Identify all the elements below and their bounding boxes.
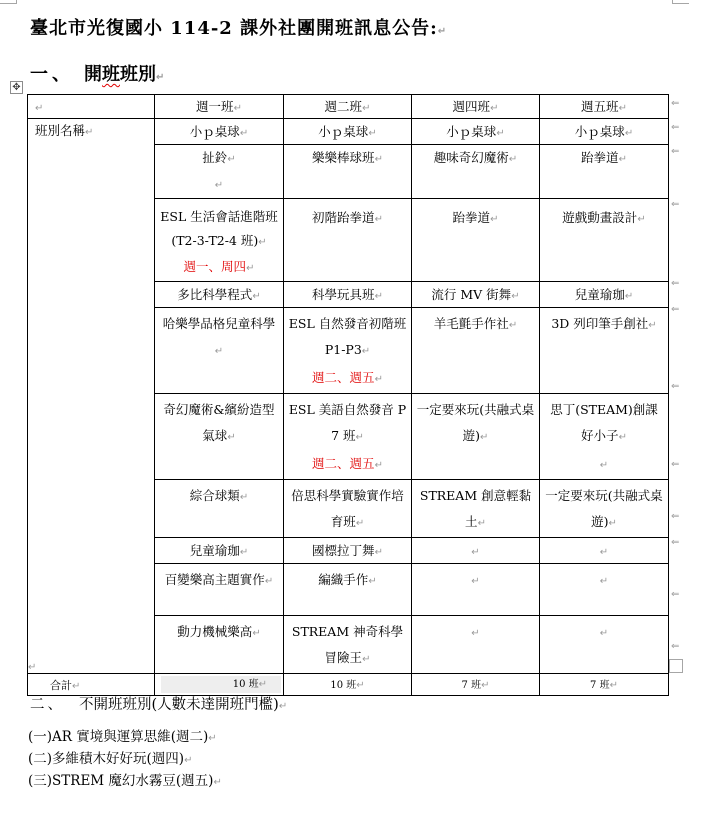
document-title: 臺北市光復國小 114-2 課外社團開班訊息公告:↵ xyxy=(30,14,447,40)
cancelled-classes-list: (一)AR 實境與運算思維(週二)↵ (二)多維積木好好玩(週四)↵ (三)ST… xyxy=(28,727,222,793)
section-number: 二、 xyxy=(30,697,65,713)
list-item: (二)多維積木好好玩(週四)↵ xyxy=(28,749,222,771)
header-cell-empty: ↵ xyxy=(28,95,155,119)
schedule-note: 週二、週五 xyxy=(312,456,375,471)
paragraph-mark-icon: ↵ xyxy=(156,72,164,83)
table-cell: 遊戲動畫設計↵ xyxy=(540,199,669,282)
table-cell: ESL 生活會話進階班(T2-3-T2-4 班)↵週一、周四↵ xyxy=(155,199,284,282)
table-cell: ↵ xyxy=(412,616,540,674)
header-cell-tuesday: 週二班↵ xyxy=(284,95,412,119)
paragraph-mark-icon: ↵ xyxy=(279,701,287,712)
list-item: (一)AR 實境與運算思維(週二)↵ xyxy=(28,727,222,749)
end-of-row-mark-icon: ⇐ xyxy=(671,459,679,470)
table-cell: 小ｐ桌球↵ xyxy=(540,119,669,145)
section-1-heading: 一、開班班別↵ xyxy=(30,60,164,86)
table-cell: 兒童瑜珈↵ xyxy=(155,538,284,564)
heading-text: 不開班班別(人數未達開班門檻) xyxy=(79,697,279,713)
paragraph-mark-icon: ↵ xyxy=(438,26,447,37)
section-2-heading: 二、不開班班別(人數未達開班門檻)↵ xyxy=(30,693,287,714)
end-of-row-mark-icon: ⇐ xyxy=(671,537,679,548)
table-cell: 流行 MV 街舞↵ xyxy=(412,282,540,308)
table-cell: 羊毛氈手作社↵ xyxy=(412,308,540,394)
table-move-handle-icon[interactable]: ✥ xyxy=(10,81,23,94)
end-of-row-mark-icon: ⇐ xyxy=(671,304,679,315)
heading-text: 開 xyxy=(84,64,102,85)
table-cell: 跆拳道↵ xyxy=(412,199,540,282)
page-corner-mark xyxy=(0,0,17,4)
table-cell: 一定要來玩(共融式桌遊)↵ xyxy=(540,480,669,538)
table-header-row: ↵ 週一班↵ 週二班↵ 週四班↵ 週五班↵ xyxy=(28,95,669,119)
table-cell: 綜合球類↵ xyxy=(155,480,284,538)
table-cell: 奇幻魔術&繽紛造型氣球↵ xyxy=(155,394,284,480)
table-cell: 國標拉丁舞↵ xyxy=(284,538,412,564)
page-corner-mark xyxy=(672,0,689,4)
table-cell: 一定要來玩(共融式桌遊)↵ xyxy=(412,394,540,480)
table-cell: 扯鈴↵↵ xyxy=(155,145,284,199)
table-cell: 多比科學程式↵ xyxy=(155,282,284,308)
table-cell: 編織手作↵ xyxy=(284,564,412,616)
table-cell: 小ｐ桌球↵ xyxy=(284,119,412,145)
section-number: 一、 xyxy=(30,64,74,85)
header-cell-monday: 週一班↵ xyxy=(155,95,284,119)
header-cell-friday: 週五班↵ xyxy=(540,95,669,119)
table-cell: STREAM 神奇科學冒險王↵ xyxy=(284,616,412,674)
end-of-row-mark-icon: ⇐ xyxy=(671,381,679,392)
table-cell: 小ｐ桌球↵ xyxy=(155,119,284,145)
table-cell: 初階跆拳道↵ xyxy=(284,199,412,282)
table-cell: ↵ xyxy=(540,538,669,564)
table-cell: 趣味奇幻魔術↵ xyxy=(412,145,540,199)
end-of-row-mark-icon: ⇐ xyxy=(671,641,679,652)
table-cell: 3D 列印筆手創社↵ xyxy=(540,308,669,394)
table-cell: ↵ xyxy=(412,538,540,564)
end-of-row-mark-icon: ⇐ xyxy=(671,511,679,522)
table-cell: 百變樂高主題實作↵ xyxy=(155,564,284,616)
heading-text: 班別 xyxy=(120,64,156,85)
end-of-row-mark-icon: ⇐ xyxy=(671,589,679,600)
table-cell: ↵ xyxy=(540,616,669,674)
end-of-row-mark-icon: ⇐ xyxy=(671,122,679,133)
row-label-class-names: 班別名稱↵ xyxy=(28,119,155,674)
table-cell: 科學玩具班↵ xyxy=(284,282,412,308)
table-cell: 兒童瑜珈↵ xyxy=(540,282,669,308)
table-cell: 思丁(STEAM)創課好小子↵↵ xyxy=(540,394,669,480)
schedule-note: 週一、周四 xyxy=(184,259,247,274)
paragraph-mark-icon: ↵ xyxy=(28,662,36,673)
end-of-row-mark-icon: ⇐ xyxy=(671,98,679,109)
table-resize-handle[interactable] xyxy=(669,659,683,673)
table-cell: 小ｐ桌球↵ xyxy=(412,119,540,145)
end-of-row-mark-icon: ⇐ xyxy=(671,199,679,210)
end-of-row-mark-icon: ⇐ xyxy=(671,278,679,289)
table-cell: ESL 自然發音初階班 P1-P3↵週二、週五↵ xyxy=(284,308,412,394)
table-cell: ESL 美語自然發音 P7 班↵週二、週五↵ xyxy=(284,394,412,480)
table-cell: 動力機械樂高↵ xyxy=(155,616,284,674)
header-cell-thursday: 週四班↵ xyxy=(412,95,540,119)
table-cell: 樂樂棒球班↵ xyxy=(284,145,412,199)
spellcheck-flagged-text: 班 xyxy=(102,64,120,85)
schedule-note: 週二、週五 xyxy=(312,370,375,385)
total-thursday: 7 班↵ xyxy=(412,674,540,696)
table-cell: STREAM 創意輕黏土↵ xyxy=(412,480,540,538)
total-friday: 7 班↵ xyxy=(540,674,669,696)
table-cell: ↵ xyxy=(412,564,540,616)
total-tuesday: 10 班↵ xyxy=(284,674,412,696)
table-cell: 哈樂學品格兒童科學↵ xyxy=(155,308,284,394)
class-schedule-table: ↵ 週一班↵ 週二班↵ 週四班↵ 週五班↵ 班別名稱↵ 小ｐ桌球↵ 小ｐ桌球↵ … xyxy=(27,94,669,696)
end-of-row-mark-icon: ⇐ xyxy=(671,146,679,157)
table-cell: 倍思科學實驗實作培育班↵ xyxy=(284,480,412,538)
list-item: (三)STREM 魔幻水霧豆(週五)↵ xyxy=(28,771,222,793)
table-cell: ↵ xyxy=(540,564,669,616)
table-row: 班別名稱↵ 小ｐ桌球↵ 小ｐ桌球↵ 小ｐ桌球↵ 小ｐ桌球↵ xyxy=(28,119,669,145)
table-cell: 跆拳道↵ xyxy=(540,145,669,199)
